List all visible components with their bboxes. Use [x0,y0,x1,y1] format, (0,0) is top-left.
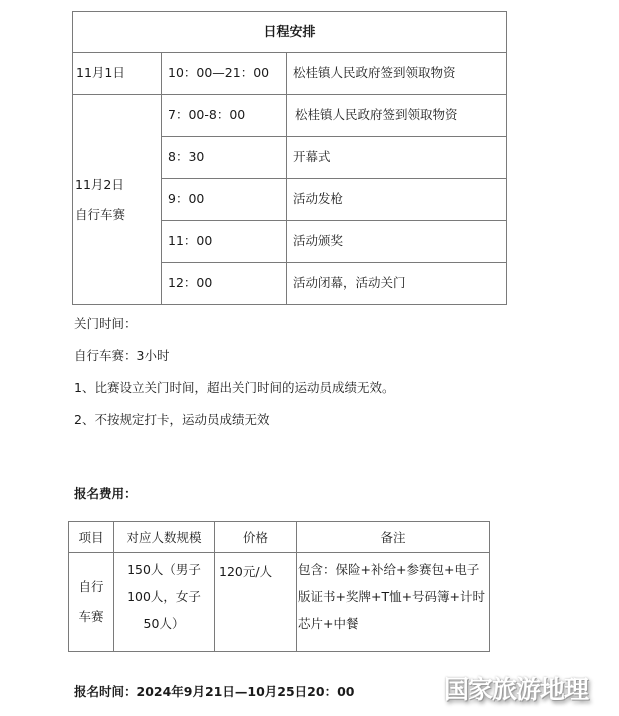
fees-project-line: 自行 [69,572,113,602]
schedule-activity: 活动发枪 [287,179,507,221]
fees-scale-line: 100人，女子 [114,583,214,610]
day1-activity: 松桂镇人民政府签到领取物资 [287,53,507,95]
schedule-time: 9：00 [162,179,287,221]
table-row: 11月1日 10：00—21：00 松桂镇人民政府签到领取物资 [73,53,507,95]
table-row: 11月2日 自行车赛 7：00-8：00 松桂镇人民政府签到领取物资 [73,95,507,137]
fees-project: 自行 车赛 [69,553,114,652]
schedule-activity: 开幕式 [287,137,507,179]
day1-time: 10：00—21：00 [162,53,287,95]
fees-table: 项目 对应人数规模 价格 备注 自行 车赛 150人（男子 100人，女子 50… [68,521,490,652]
fees-scale-line: 150人（男子 [114,556,214,583]
schedule-activity: 活动颁奖 [287,221,507,263]
watermark-logo: 国家旅游地理 [444,670,588,706]
fees-price: 120元/人 [215,553,297,652]
fees-project-line: 车赛 [69,602,113,632]
cutoff-heading: 关门时间： [74,318,137,331]
schedule-activity: 活动闭幕，活动关门 [287,263,507,305]
fees-heading: 报名费用： [74,488,137,501]
schedule-table: 日程安排 11月1日 10：00—21：00 松桂镇人民政府签到领取物资 11月… [72,11,507,305]
day2-cell: 11月2日 自行车赛 [73,95,162,305]
fees-scale-line: 50人） [114,610,214,637]
cutoff-bike-limit: 自行车赛：3小时 [74,350,169,363]
registration-time: 报名时间：2024年9月21日—10月25日20：00 [74,686,354,699]
day2-date: 11月2日 [75,170,161,200]
fees-header-price: 价格 [215,522,297,553]
schedule-time: 12：00 [162,263,287,305]
fees-scale: 150人（男子 100人，女子 50人） [114,553,215,652]
table-row: 自行 车赛 150人（男子 100人，女子 50人） 120元/人 包含：保险+… [69,553,490,652]
fees-header-note: 备注 [297,522,490,553]
schedule-time: 7：00-8：00 [162,95,287,137]
schedule-title: 日程安排 [73,12,507,53]
fees-note: 包含：保险+补给+参赛包+电子版证书+奖牌+T恤+号码簿+计时芯片+中餐 [297,553,490,652]
schedule-time: 11：00 [162,221,287,263]
schedule-activity: 松桂镇人民政府签到领取物资 [287,95,507,137]
cutoff-rule-2: 2、不按规定打卡，运动员成绩无效 [74,414,269,427]
fees-header-row: 项目 对应人数规模 价格 备注 [69,522,490,553]
fees-header-project: 项目 [69,522,114,553]
day1-date: 11月1日 [73,53,162,95]
day2-event: 自行车赛 [75,200,161,230]
cutoff-rule-1: 1、比赛设立关门时间，超出关门时间的运动员成绩无效。 [74,382,394,395]
schedule-time: 8：30 [162,137,287,179]
fees-header-scale: 对应人数规模 [114,522,215,553]
